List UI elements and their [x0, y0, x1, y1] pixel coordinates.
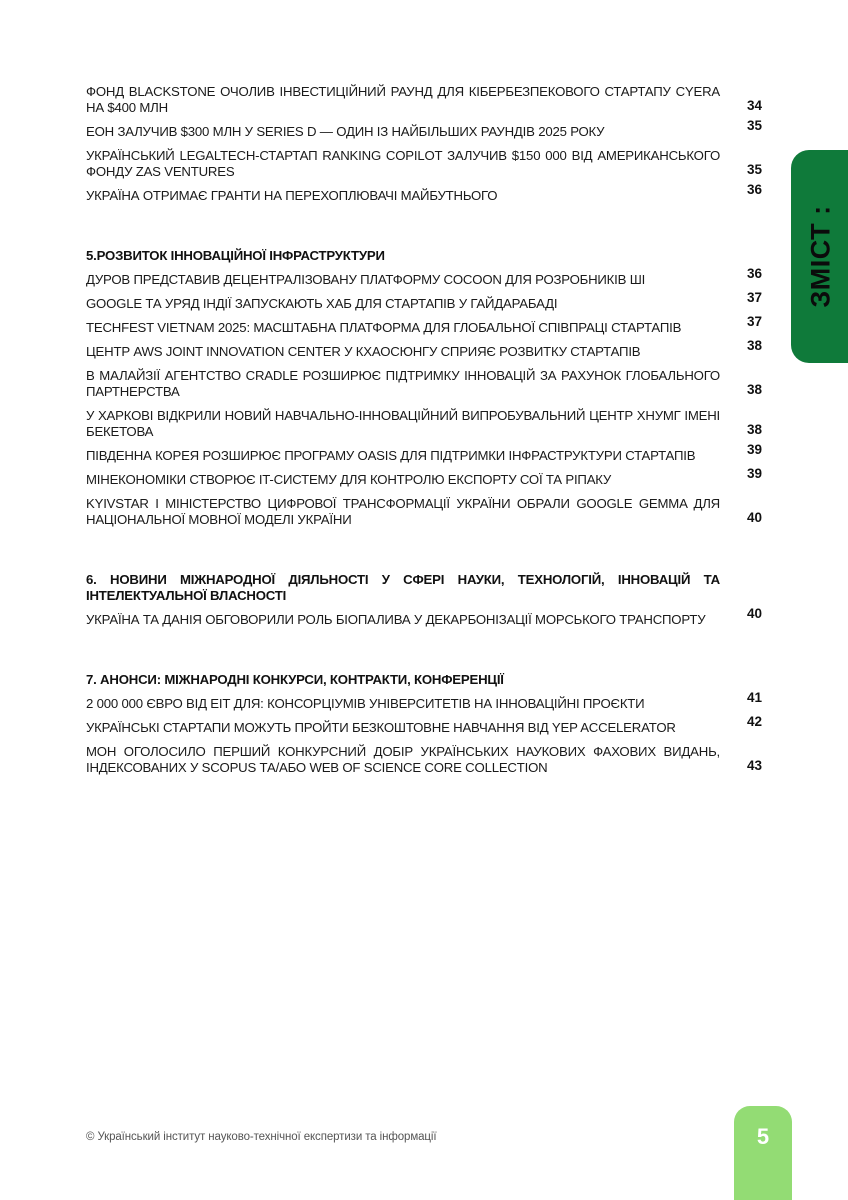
toc-entry-page[interactable]: 35 [732, 118, 762, 134]
section-heading: 7. АНОНСИ: МІЖНАРОДНІ КОНКУРСИ, КОНТРАКТ… [86, 672, 720, 688]
toc-entry-page[interactable]: 41 [732, 690, 762, 706]
toc-entry-title[interactable]: ФОНД BLACKSTONE ОЧОЛИВ ІНВЕСТИЦІЙНИЙ РАУ… [86, 84, 720, 116]
toc-entry-title[interactable]: УКРАЇНСЬКИЙ LEGALTECH-СТАРТАП RANKING CO… [86, 148, 720, 180]
table-of-contents: ФОНД BLACKSTONE ОЧОЛИВ ІНВЕСТИЦІЙНИЙ РАУ… [86, 84, 762, 784]
toc-entry[interactable]: ФОНД BLACKSTONE ОЧОЛИВ ІНВЕСТИЦІЙНИЙ РАУ… [86, 84, 762, 116]
toc-entry-page[interactable]: 37 [732, 314, 762, 330]
toc-entry-page[interactable]: 35 [732, 162, 762, 178]
section-heading: 6. НОВИНИ МІЖНАРОДНОЇ ДІЯЛЬНОСТІ У СФЕРІ… [86, 572, 720, 604]
toc-entry[interactable]: ДУРОВ ПРЕДСТАВИВ ДЕЦЕНТРАЛІЗОВАНУ ПЛАТФО… [86, 272, 762, 288]
toc-entry-page[interactable]: 39 [732, 466, 762, 482]
toc-entry-page[interactable]: 34 [732, 98, 762, 114]
toc-entry[interactable]: УКРАЇНСЬКІ СТАРТАПИ МОЖУТЬ ПРОЙТИ БЕЗКОШ… [86, 720, 762, 736]
toc-entry-title[interactable]: GOOGLE ТА УРЯД ІНДІЇ ЗАПУСКАЮТЬ ХАБ ДЛЯ … [86, 296, 720, 312]
toc-entry-title[interactable]: ЕОН ЗАЛУЧИВ $300 МЛН У SERIES D — ОДИН І… [86, 124, 720, 140]
toc-entry-title[interactable]: ПІВДЕННА КОРЕЯ РОЗШИРЮЄ ПРОГРАМУ OASIS Д… [86, 448, 720, 464]
toc-entry-page[interactable]: 40 [732, 606, 762, 622]
toc-entry-page[interactable]: 36 [732, 182, 762, 198]
toc-entry[interactable]: GOOGLE ТА УРЯД ІНДІЇ ЗАПУСКАЮТЬ ХАБ ДЛЯ … [86, 296, 762, 312]
footer-copyright: © Український інститут науково-технічної… [86, 1131, 436, 1143]
toc-section: 6. НОВИНИ МІЖНАРОДНОЇ ДІЯЛЬНОСТІ У СФЕРІ… [86, 572, 762, 628]
toc-section: 5.РОЗВИТОК ІННОВАЦІЙНОЇ ІНФРАСТРУКТУРИДУ… [86, 248, 762, 528]
toc-entry-title[interactable]: В МАЛАЙЗІЇ АГЕНТСТВО CRADLE РОЗШИРЮЄ ПІД… [86, 368, 720, 400]
toc-section: 7. АНОНСИ: МІЖНАРОДНІ КОНКУРСИ, КОНТРАКТ… [86, 672, 762, 776]
toc-entry-title[interactable]: УКРАЇНА ОТРИМАЄ ГРАНТИ НА ПЕРЕХОПЛЮВАЧІ … [86, 188, 720, 204]
toc-entry-title[interactable]: KYIVSTAR І МІНІСТЕРСТВО ЦИФРОВОЇ ТРАНСФО… [86, 496, 720, 528]
toc-entry[interactable]: KYIVSTAR І МІНІСТЕРСТВО ЦИФРОВОЇ ТРАНСФО… [86, 496, 762, 528]
toc-entry-page[interactable]: 37 [732, 290, 762, 306]
toc-entry[interactable]: У ХАРКОВІ ВІДКРИЛИ НОВИЙ НАВЧАЛЬНО-ІННОВ… [86, 408, 762, 440]
toc-section: ФОНД BLACKSTONE ОЧОЛИВ ІНВЕСТИЦІЙНИЙ РАУ… [86, 84, 762, 204]
toc-entry-title[interactable]: УКРАЇНСЬКІ СТАРТАПИ МОЖУТЬ ПРОЙТИ БЕЗКОШ… [86, 720, 720, 736]
toc-entry[interactable]: ЦЕНТР AWS JOINT INNOVATION CENTER У КХАО… [86, 344, 762, 360]
page-number: 5 [757, 1124, 769, 1200]
toc-entry[interactable]: МІНЕКОНОМІКИ СТВОРЮЄ IT-СИСТЕМУ ДЛЯ КОНТ… [86, 472, 762, 488]
contents-side-tab: ЗМІСТ : [791, 150, 848, 363]
toc-entry-title[interactable]: УКРАЇНА ТА ДАНІЯ ОБГОВОРИЛИ РОЛЬ БІОПАЛИ… [86, 612, 720, 628]
toc-entry-page[interactable]: 38 [732, 338, 762, 354]
toc-entry-title[interactable]: МІНЕКОНОМІКИ СТВОРЮЄ IT-СИСТЕМУ ДЛЯ КОНТ… [86, 472, 720, 488]
toc-entry-page[interactable]: 36 [732, 266, 762, 282]
toc-entry[interactable]: ПІВДЕННА КОРЕЯ РОЗШИРЮЄ ПРОГРАМУ OASIS Д… [86, 448, 762, 464]
toc-entry-title[interactable]: МОН ОГОЛОСИЛО ПЕРШИЙ КОНКУРСНИЙ ДОБІР УК… [86, 744, 720, 776]
toc-entry[interactable]: УКРАЇНА ТА ДАНІЯ ОБГОВОРИЛИ РОЛЬ БІОПАЛИ… [86, 612, 762, 628]
toc-entry[interactable]: 2 000 000 ЄВРО ВІД ЕІТ ДЛЯ: КОНСОРЦІУМІВ… [86, 696, 762, 712]
toc-entry-page[interactable]: 43 [732, 758, 762, 774]
toc-entry-title[interactable]: ЦЕНТР AWS JOINT INNOVATION CENTER У КХАО… [86, 344, 720, 360]
toc-entry[interactable]: УКРАЇНА ОТРИМАЄ ГРАНТИ НА ПЕРЕХОПЛЮВАЧІ … [86, 188, 762, 204]
section-heading: 5.РОЗВИТОК ІННОВАЦІЙНОЇ ІНФРАСТРУКТУРИ [86, 248, 720, 264]
toc-entry[interactable]: В МАЛАЙЗІЇ АГЕНТСТВО CRADLE РОЗШИРЮЄ ПІД… [86, 368, 762, 400]
toc-entry[interactable]: TECHFEST VIETNAM 2025: МАСШТАБНА ПЛАТФОР… [86, 320, 762, 336]
toc-entry-title[interactable]: 2 000 000 ЄВРО ВІД ЕІТ ДЛЯ: КОНСОРЦІУМІВ… [86, 696, 720, 712]
toc-entry-title[interactable]: ДУРОВ ПРЕДСТАВИВ ДЕЦЕНТРАЛІЗОВАНУ ПЛАТФО… [86, 272, 720, 288]
toc-entry[interactable]: УКРАЇНСЬКИЙ LEGALTECH-СТАРТАП RANKING CO… [86, 148, 762, 180]
toc-entry[interactable]: ЕОН ЗАЛУЧИВ $300 МЛН У SERIES D — ОДИН І… [86, 124, 762, 140]
toc-entry-page[interactable]: 38 [732, 382, 762, 398]
toc-entry-page[interactable]: 38 [732, 422, 762, 438]
toc-entry-title[interactable]: У ХАРКОВІ ВІДКРИЛИ НОВИЙ НАВЧАЛЬНО-ІННОВ… [86, 408, 720, 440]
page-number-badge: 5 [734, 1106, 792, 1200]
contents-tab-label: ЗМІСТ : [806, 205, 837, 307]
toc-entry-page[interactable]: 39 [732, 442, 762, 458]
toc-entry-page[interactable]: 42 [732, 714, 762, 730]
toc-entry[interactable]: МОН ОГОЛОСИЛО ПЕРШИЙ КОНКУРСНИЙ ДОБІР УК… [86, 744, 762, 776]
toc-entry-page[interactable]: 40 [732, 510, 762, 526]
toc-entry-title[interactable]: TECHFEST VIETNAM 2025: МАСШТАБНА ПЛАТФОР… [86, 320, 720, 336]
